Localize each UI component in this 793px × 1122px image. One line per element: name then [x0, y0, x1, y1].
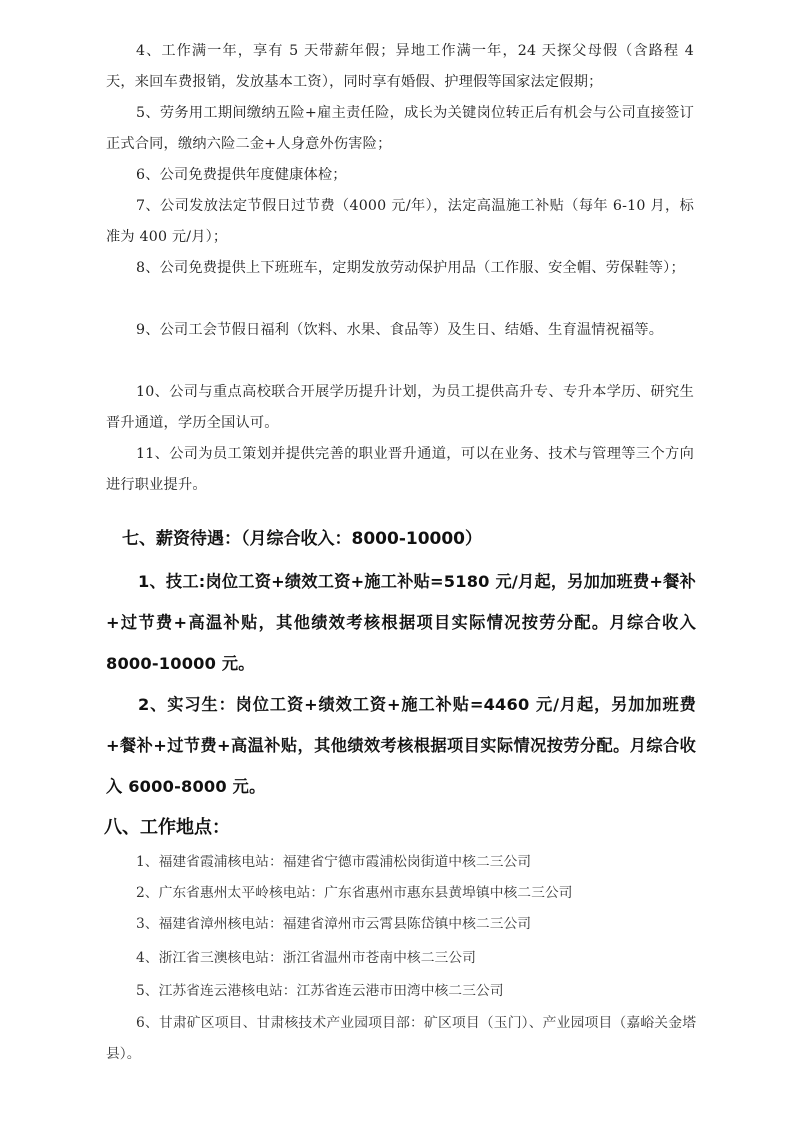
benefit-item-7: 7、公司发放法定节假日过节费（4000 元/年），法定高温施工补贴（每年 6-1… — [106, 191, 694, 253]
benefit-item-8: 8、公司免费提供上下班班车，定期发放劳动保护用品（工作服、安全帽、劳保鞋等）； — [106, 253, 694, 284]
location-item-2: 2、广东省惠州太平岭核电站：广东省惠州市惠东县黄埠镇中核二三公司 — [106, 878, 696, 909]
benefit-item-6: 6、公司免费提供年度健康体检； — [106, 160, 694, 191]
benefit-item-9: 9、公司工会节假日福利（饮料、水果、食品等）及生日、结婚、生育温情祝福等。 — [106, 315, 694, 346]
location-item-1: 1、福建省霞浦核电站：福建省宁德市霞浦松岗街道中核二三公司 — [106, 847, 696, 878]
location-item-3: 3、福建省漳州核电站：福建省漳州市云霄县陈岱镇中核二三公司 — [106, 909, 696, 940]
benefit-item-10: 10、公司与重点高校联合开展学历提升计划，为员工提供高升专、专升本学历、研究生晋… — [106, 377, 694, 439]
benefit-item-5: 5、劳务用工期间缴纳五险+雇主责任险，成长为关键岗位转正后有机会与公司直接签订正… — [106, 98, 694, 160]
salary-item-technician: 1、技工:岗位工资+绩效工资+施工补贴=5180 元/月起，另加加班费+餐补+过… — [106, 561, 696, 684]
locations-heading: 八、工作地点： — [104, 816, 230, 840]
location-item-4: 4、浙江省三澳核电站：浙江省温州市苍南中核二三公司 — [106, 943, 696, 974]
benefit-item-11: 11、公司为员工策划并提供完善的职业晋升通道，可以在业务、技术与管理等三个方向进… — [106, 439, 694, 501]
salary-heading: 七、薪资待遇：（月综合收入：8000-10000） — [122, 527, 482, 551]
salary-item-intern: 2、实习生：岗位工资+绩效工资+施工补贴=4460 元/月起，另加加班费+餐补+… — [106, 684, 696, 807]
location-item-6: 6、甘肃矿区项目、甘肃核技术产业园项目部：矿区项目（玉门）、产业园项目（嘉峪关金… — [106, 1008, 696, 1070]
benefit-item-4: 4、工作满一年，享有 5 天带薪年假；异地工作满一年，24 天探父母假（含路程 … — [106, 36, 694, 98]
location-item-5: 5、江苏省连云港核电站：江苏省连云港市田湾中核二三公司 — [106, 976, 696, 1007]
